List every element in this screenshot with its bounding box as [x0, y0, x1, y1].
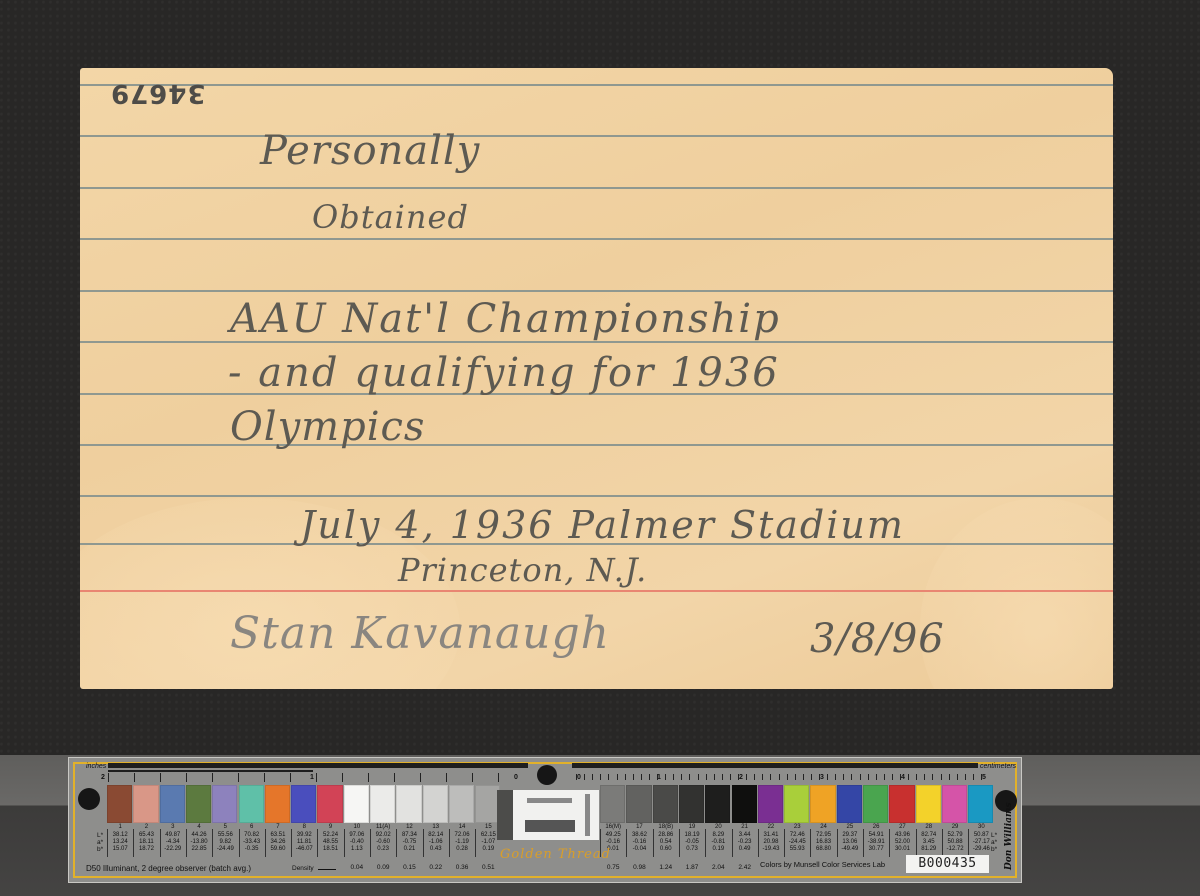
value-separator: [810, 829, 811, 857]
value-separator: [653, 829, 654, 857]
cm-mark: 0: [577, 774, 581, 781]
patch-number: 1: [107, 824, 133, 830]
ruler-tick: [746, 774, 747, 780]
color-patch-22: [758, 785, 783, 823]
ruler-tick: [827, 774, 828, 780]
handwriting-championship: AAU Nat'l Championship: [230, 296, 781, 342]
value-separator: [160, 829, 161, 857]
munsell-credit: Colors by Munsell Color Services Lab: [760, 860, 885, 869]
rule-line: [80, 495, 1113, 497]
rule-line: [80, 290, 1113, 292]
color-patch-23: [784, 785, 809, 823]
patch-number: 11(A): [370, 824, 396, 830]
value-separator: [212, 829, 213, 857]
value-separator: [968, 829, 969, 857]
value-separator: [626, 829, 627, 857]
ruler-tick: [900, 774, 901, 780]
patch-number: 9: [317, 824, 343, 830]
inches-label: inches: [86, 763, 106, 770]
rule-line: [80, 135, 1113, 137]
value-separator: [265, 829, 266, 857]
density-value: 2.42: [732, 864, 758, 871]
rule-line: [80, 238, 1113, 240]
lab-values: 55.56 9.82 -24.49: [212, 832, 238, 853]
patch-number: 4: [186, 824, 212, 830]
density-value: 0.75: [600, 864, 626, 871]
ruler-tick: [108, 773, 109, 782]
value-separator: [889, 829, 890, 857]
inch-ruler-bar: [108, 763, 528, 768]
handwriting-signed-date: 3/8/96: [810, 616, 945, 662]
color-patch-30: [968, 785, 993, 823]
lab-values: 72.95 16.83 68.80: [810, 832, 836, 853]
lab-values: 63.51 34.26 59.60: [265, 832, 291, 853]
value-separator: [344, 829, 345, 857]
patch-number: 13: [423, 824, 449, 830]
color-patch-17: [626, 785, 651, 823]
patch-number: 24: [810, 824, 836, 830]
ruler-tick: [134, 773, 135, 782]
ruler-tick: [368, 773, 369, 782]
ruler-tick: [160, 773, 161, 782]
color-patch-16m: [600, 785, 625, 823]
value-separator: [758, 829, 759, 857]
density-value: 0.22: [423, 864, 449, 871]
ruler-tick: [238, 773, 239, 782]
lab-values: 3.44 -0.23 0.49: [732, 832, 758, 853]
ruler-tick: [876, 774, 877, 780]
ruler-tick: [665, 774, 666, 780]
patch-number: 10: [344, 824, 370, 830]
color-patch-25: [837, 785, 862, 823]
color-patch-2: [133, 785, 158, 823]
value-separator: [107, 829, 108, 857]
color-patch-10: [344, 785, 369, 823]
illuminant-note: D50 Illuminant, 2 degree observer (batch…: [86, 864, 251, 873]
patch-number: 23: [784, 824, 810, 830]
ruler-tick: [924, 774, 925, 780]
cm-mark: 3: [820, 774, 824, 781]
color-patch-24: [810, 785, 835, 823]
ruler-tick: [592, 774, 593, 780]
ruler-tick: [787, 774, 788, 780]
density-value: 2.04: [705, 864, 731, 871]
lab-values: 52.79 50.88 -12.72: [942, 832, 968, 853]
handwriting-olympics: Olympics: [230, 404, 425, 450]
ruler-tick: [835, 774, 836, 780]
density-value: 1.87: [679, 864, 705, 871]
lab-values: 38.62 -0.16 -0.04: [626, 832, 652, 853]
ruler-tick: [472, 773, 473, 782]
ruler-tick: [714, 774, 715, 780]
ruler-tick: [290, 773, 291, 782]
ruler-tick: [576, 774, 577, 780]
lab-axis-labels-right: L* a* b*: [991, 832, 997, 853]
handwriting-date-venue: July 4, 1936 Palmer Stadium: [300, 503, 905, 547]
ruler-tick: [851, 774, 852, 780]
lab-values: 31.41 20.98 -19.43: [758, 832, 784, 853]
ruler-tick: [916, 774, 917, 780]
rule-line: [80, 84, 1113, 86]
centimeters-label: centimeters: [980, 763, 1016, 770]
ruler-tick: [932, 774, 933, 780]
handwriting-personally: Personally: [260, 128, 480, 174]
ruler-tick: [730, 774, 731, 780]
color-patch-1: [107, 785, 132, 823]
value-separator: [475, 829, 476, 857]
inch-mark: 1: [310, 774, 314, 781]
patch-number: 2: [133, 824, 159, 830]
lab-values: 72.06 -1.19 0.28: [449, 832, 475, 853]
color-patch-3: [160, 785, 185, 823]
cm-ruler-bar: [572, 763, 978, 768]
ruler-tick: [892, 774, 893, 780]
ruler-tick: [738, 774, 739, 780]
ruler-tick: [722, 774, 723, 780]
patch-number: 19: [679, 824, 705, 830]
patch-number: 7: [265, 824, 291, 830]
color-patch-19: [679, 785, 704, 823]
don-williams-signature: Don Williams: [1004, 802, 1014, 870]
ruler-tick: [657, 774, 658, 780]
color-patch-8: [291, 785, 316, 823]
value-separator: [370, 829, 371, 857]
patch-number: 17: [626, 824, 652, 830]
value-separator: [679, 829, 680, 857]
patch-number: 29: [942, 824, 968, 830]
ruler-tick: [811, 774, 812, 780]
ruler-tick: [498, 773, 499, 782]
lab-values: 38.12 13.24 15.07: [107, 832, 133, 853]
patch-number: 3: [160, 824, 186, 830]
density-value: 0.36: [449, 864, 475, 871]
patch-number: 5: [212, 824, 238, 830]
signature: Stan Kavanaugh: [230, 608, 610, 659]
ruler-tick: [981, 774, 982, 780]
ruler-tick: [212, 773, 213, 782]
value-separator: [186, 829, 187, 857]
lab-values: 87.34 -0.75 0.21: [396, 832, 422, 853]
ruler-tick: [608, 774, 609, 780]
lab-values: 39.92 11.81 -46.07: [291, 832, 317, 853]
target-hole: [78, 788, 100, 810]
ruler-tick: [316, 773, 317, 782]
value-separator: [942, 829, 943, 857]
color-patch-18b: [653, 785, 678, 823]
index-card: 34679 Personally Obtained AAU Nat'l Cham…: [80, 68, 1113, 689]
lab-values: 97.06 -0.40 1.13: [344, 832, 370, 853]
lab-values: 28.86 0.54 0.60: [653, 832, 679, 853]
ruler-tick: [762, 774, 763, 780]
inch-ruler-bar: [108, 770, 313, 772]
density-value: 1.24: [653, 864, 679, 871]
color-patch-4: [186, 785, 211, 823]
color-patch-28: [916, 785, 941, 823]
density-value: 0.98: [626, 864, 652, 871]
value-separator: [705, 829, 706, 857]
catalog-number: 34679: [110, 78, 205, 108]
color-patch-9: [317, 785, 342, 823]
value-separator: [396, 829, 397, 857]
lab-values: 82.74 3.45 81.29: [916, 832, 942, 853]
density-arrow: [318, 869, 336, 870]
value-separator: [239, 829, 240, 857]
lab-values: 70.82 -33.43 -0.35: [239, 832, 265, 853]
patch-number: 18(B): [653, 824, 679, 830]
lab-values: 44.26 -13.80 22.85: [186, 832, 212, 853]
ruler-tick: [884, 774, 885, 780]
ruler-tick: [617, 774, 618, 780]
golden-thread-logo: Golden Thread: [500, 847, 611, 862]
density-value: 0.09: [370, 864, 396, 871]
color-patch-12: [396, 785, 421, 823]
density-value: 0.51: [475, 864, 501, 871]
patch-number: 12: [396, 824, 422, 830]
density-label: Density: [292, 865, 314, 872]
ruler-tick: [633, 774, 634, 780]
ruler-tick: [342, 773, 343, 782]
color-patch-7: [265, 785, 290, 823]
ruler-tick: [843, 774, 844, 780]
value-separator: [863, 829, 864, 857]
patch-number: 8: [291, 824, 317, 830]
ruler-tick: [394, 773, 395, 782]
ruler-tick: [584, 774, 585, 780]
lab-values: 52.24 48.55 18.51: [317, 832, 343, 853]
water-stain: [920, 498, 1113, 689]
batch-id-label: B000435: [906, 855, 989, 873]
cm-mark: 4: [901, 774, 905, 781]
lab-values: 65.43 18.11 18.72: [133, 832, 159, 853]
ruler-tick: [941, 774, 942, 780]
patch-number: 28: [916, 824, 942, 830]
handwriting-obtained: Obtained: [312, 198, 469, 236]
cm-mark: 2: [739, 774, 743, 781]
patch-number: 26: [863, 824, 889, 830]
ruler-tick: [698, 774, 699, 780]
color-patch-27: [889, 785, 914, 823]
ruler-tick: [795, 774, 796, 780]
patch-number: 25: [837, 824, 863, 830]
color-patch-5: [212, 785, 237, 823]
value-separator: [291, 829, 292, 857]
value-separator: [837, 829, 838, 857]
ruler-tick: [689, 774, 690, 780]
handwriting-qualifying: - and qualifying for 1936: [228, 350, 780, 396]
patch-number: 6: [239, 824, 265, 830]
grayscale-reference-card: [497, 790, 599, 840]
lab-values: 8.29 -0.81 0.19: [705, 832, 731, 853]
target-hole: [537, 765, 557, 785]
ruler-tick: [803, 774, 804, 780]
value-separator: [732, 829, 733, 857]
ruler-tick: [446, 773, 447, 782]
ruler-tick: [649, 774, 650, 780]
density-value: 0.04: [344, 864, 370, 871]
patch-number: 16(M): [600, 824, 626, 830]
ruler-tick: [908, 774, 909, 780]
color-patch-21: [732, 785, 757, 823]
color-patch-26: [863, 785, 888, 823]
ruler-tick: [957, 774, 958, 780]
ruler-tick: [819, 774, 820, 780]
ruler-tick: [673, 774, 674, 780]
lab-values: 82.14 -1.06 0.43: [423, 832, 449, 853]
color-patch-11a: [370, 785, 395, 823]
patch-number: 30: [968, 824, 994, 830]
patch-number: 14: [449, 824, 475, 830]
patch-number: 21: [732, 824, 758, 830]
color-patch-14: [449, 785, 474, 823]
inch-mark: 2: [101, 774, 105, 781]
ruler-tick: [641, 774, 642, 780]
value-separator: [916, 829, 917, 857]
value-separator: [449, 829, 450, 857]
color-patch-20: [705, 785, 730, 823]
ruler-tick: [681, 774, 682, 780]
ruler-tick: [625, 774, 626, 780]
lab-values: 54.91 -38.91 30.77: [863, 832, 889, 853]
ruler-tick: [860, 774, 861, 780]
patch-number: 22: [758, 824, 784, 830]
ruler-tick: [420, 773, 421, 782]
ruler-tick: [868, 774, 869, 780]
lab-values: 49.87 -4.34 -22.29: [160, 832, 186, 853]
value-separator: [133, 829, 134, 857]
red-margin-line: [80, 590, 1113, 592]
value-separator: [784, 829, 785, 857]
lab-values: 29.37 13.06 -49.49: [837, 832, 863, 853]
value-separator: [423, 829, 424, 857]
ruler-tick: [949, 774, 950, 780]
lab-values: 72.46 -24.45 55.93: [784, 832, 810, 853]
ruler-tick: [186, 773, 187, 782]
color-patch-13: [423, 785, 448, 823]
ruler-tick: [770, 774, 771, 780]
ruler-tick: [600, 774, 601, 780]
color-patch-29: [942, 785, 967, 823]
ruler-tick: [754, 774, 755, 780]
patch-number: 27: [889, 824, 915, 830]
patch-number: 20: [705, 824, 731, 830]
ruler-tick: [973, 774, 974, 780]
color-patch-6: [239, 785, 264, 823]
inch-mark: 0: [514, 774, 518, 781]
value-separator: [317, 829, 318, 857]
density-value: 0.15: [396, 864, 422, 871]
ruler-tick: [965, 774, 966, 780]
handwriting-location: Princeton, N.J.: [398, 551, 647, 589]
lab-axis-labels-left: L* a* b*: [97, 832, 103, 853]
lab-values: 18.19 -0.05 0.73: [679, 832, 705, 853]
rule-line: [80, 187, 1113, 189]
ruler-tick: [706, 774, 707, 780]
ruler-tick: [779, 774, 780, 780]
lab-values: 92.02 -0.60 0.23: [370, 832, 396, 853]
ruler-tick: [264, 773, 265, 782]
cm-mark: 5: [982, 774, 986, 781]
lab-values: 43.96 52.00 30.01: [889, 832, 915, 853]
